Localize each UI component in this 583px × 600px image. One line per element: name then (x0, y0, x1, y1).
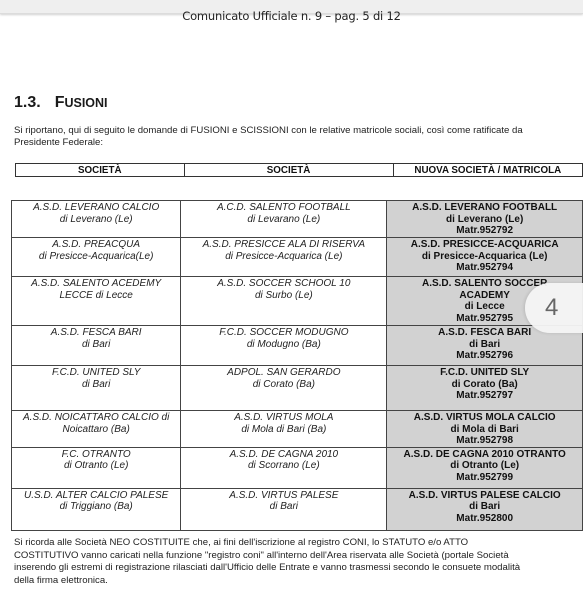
societa-1-cell: F.C. OTRANTOdi Otranto (Le) (12, 447, 181, 488)
cell-text-line: A.S.D. SALENTO ACEDEMY (12, 278, 180, 290)
cell-text-line: di Scorrano (Le) (181, 460, 386, 472)
societa-2-cell: A.S.D. DE CAGNA 2010di Scorrano (Le) (181, 447, 387, 488)
cell-text-line: F.C. OTRANTO (12, 449, 180, 461)
table-row: F.C. OTRANTOdi Otranto (Le)A.S.D. DE CAG… (12, 447, 583, 488)
societa-2-cell: F.C.D. SOCCER MODUGNOdi Modugno (Ba) (181, 326, 387, 366)
societa-1-cell: F.C.D. UNITED SLYdi Bari (12, 366, 181, 411)
cell-text-line: di Modugno (Ba) (181, 339, 386, 351)
cell-text-line: F.C.D. UNITED SLY (387, 367, 582, 379)
cell-text-line: A.S.D. PRESICCE ALA DI RISERVA (181, 239, 386, 251)
societa-1-cell: A.S.D. NOICATTARO CALCIO diNoicattaro (B… (12, 411, 181, 448)
societa-2-cell: A.S.D. PRESICCE ALA DI RISERVAdi Presicc… (181, 238, 387, 277)
section-title-initial: F (55, 94, 65, 111)
nuova-societa-cell: A.S.D. PRESICCE-ACQUARICAdi Presicce-Acq… (387, 238, 583, 277)
cell-text-line: di Otranto (Le) (387, 460, 582, 472)
cell-text-line: di Presicce-Acquarica (Le) (181, 251, 386, 263)
nuova-societa-cell: A.S.D. LEVERANO FOOTBALLdi Leverano (Le)… (387, 201, 583, 238)
cell-text-line: di Levarano (Le) (181, 214, 386, 226)
cell-text-line: A.C.D. SALENTO FOOTBALL (181, 202, 386, 214)
cell-text-line: A.S.D. SOCCER SCHOOL 10 (181, 278, 386, 290)
cell-text-line: A.S.D. VIRTUS PALESE (181, 490, 386, 502)
table-row: A.S.D. NOICATTARO CALCIO diNoicattaro (B… (12, 411, 583, 448)
cell-text-line: A.S.D. PREACQUA (12, 239, 180, 251)
section-number: 1.3. (14, 94, 41, 111)
societa-1-cell: A.S.D. LEVERANO CALCIOdi Leverano (Le) (12, 201, 181, 238)
societa-2-cell: ADPOL. SAN GERARDOdi Corato (Ba) (181, 366, 387, 411)
note-line: inserendo gli estremi di registrazione r… (14, 562, 583, 575)
intro-line: Presidente Federale: (14, 137, 583, 149)
societa-1-cell: U.S.D. ALTER CALCIO PALESEdi Triggiano (… (12, 488, 181, 530)
cell-text-line: Matr.952796 (387, 350, 582, 362)
section-title: 1.3.FUSIONI (14, 94, 108, 112)
cell-text-line: A.S.D. LEVERANO FOOTBALL (387, 202, 582, 214)
cell-text-line: di Mola di Bari (Ba) (181, 424, 386, 436)
cell-text-line: A.S.D. DE CAGNA 2010 (181, 449, 386, 461)
intro-line: Si riportano, qui di seguito le domande … (14, 125, 583, 137)
cell-text-line: di Bari (12, 379, 180, 391)
column-header-nuova-societa: NUOVA SOCIETÀ / MATRICOLA (393, 164, 582, 177)
table-row: A.S.D. FESCA BARIdi BariF.C.D. SOCCER MO… (12, 326, 583, 366)
societa-1-cell: A.S.D. SALENTO ACEDEMYLECCE di Lecce (12, 277, 181, 326)
cell-text-line: Matr.952792 (387, 225, 582, 237)
cell-text-line: di Presicce-Acquarica(Le) (12, 251, 180, 263)
cell-text-line: Matr.952794 (387, 262, 582, 274)
cell-text-line: U.S.D. ALTER CALCIO PALESE (12, 490, 180, 502)
nuova-societa-cell: A.S.D. DE CAGNA 2010 OTRANTOdi Otranto (… (387, 447, 583, 488)
column-header-societa-2: SOCIETÀ (184, 164, 393, 177)
nuova-societa-cell: A.S.D. VIRTUS MOLA CALCIOdi Mola di Bari… (387, 411, 583, 448)
note-paragraph: Si ricorda alle Società NEO COSTITUITE c… (14, 537, 583, 588)
column-header-societa-1: SOCIETÀ (16, 164, 185, 177)
cell-text-line: di Bari (12, 339, 180, 351)
cell-text-line: di Leverano (Le) (12, 214, 180, 226)
intro-paragraph: Si riportano, qui di seguito le domande … (14, 125, 583, 149)
cell-text-line: LECCE di Lecce (12, 290, 180, 302)
note-line: della firma elettronica. (14, 575, 583, 588)
cell-text-line: di Mola di Bari (387, 424, 582, 436)
note-line: Si ricorda alle Società NEO COSTITUITE c… (14, 537, 583, 550)
nuova-societa-cell: A.S.D. VIRTUS PALESE CALCIOdi BariMatr.9… (387, 488, 583, 530)
societa-2-cell: A.C.D. SALENTO FOOTBALLdi Levarano (Le) (181, 201, 387, 238)
table-row: A.S.D. LEVERANO CALCIOdi Leverano (Le)A.… (12, 201, 583, 238)
cell-text-line: A.S.D. LEVERANO CALCIO (12, 202, 180, 214)
page-indicator-badge[interactable]: 4 (525, 283, 583, 333)
cell-text-line: di Corato (Ba) (181, 379, 386, 391)
cell-text-line: di Triggiano (Ba) (12, 501, 180, 513)
table-row: A.S.D. SALENTO ACEDEMYLECCE di LecceA.S.… (12, 277, 583, 326)
fusioni-table: A.S.D. LEVERANO CALCIOdi Leverano (Le)A.… (11, 200, 583, 531)
cell-text-line: A.S.D. PRESICCE-ACQUARICA (387, 239, 582, 251)
cell-text-line: A.S.D. DE CAGNA 2010 OTRANTO (387, 449, 582, 461)
cell-text-line: di Surbo (Le) (181, 290, 386, 302)
cell-text-line: Noicattaro (Ba) (12, 424, 180, 436)
cell-text-line: Matr.952800 (387, 513, 582, 525)
table-row: F.C.D. UNITED SLYdi BariADPOL. SAN GERAR… (12, 366, 583, 411)
cell-text-line: A.S.D. VIRTUS MOLA CALCIO (387, 412, 582, 424)
cell-text-line: ADPOL. SAN GERARDO (181, 367, 386, 379)
page-header: Comunicato Ufficiale n. 9 – pag. 5 di 12 (0, 9, 583, 23)
cell-text-line: F.C.D. UNITED SLY (12, 367, 180, 379)
cell-text-line: di Presicce-Acquarica (Le) (387, 251, 582, 263)
header-table: SOCIETÀ SOCIETÀ NUOVA SOCIETÀ / MATRICOL… (15, 163, 583, 177)
nuova-societa-cell: F.C.D. UNITED SLYdi Corato (Ba)Matr.9527… (387, 366, 583, 411)
cell-text-line: A.S.D. VIRTUS MOLA (181, 412, 386, 424)
cell-text-line: di Bari (387, 339, 582, 351)
cell-text-line: A.S.D. VIRTUS PALESE CALCIO (387, 490, 582, 502)
societa-2-cell: A.S.D. SOCCER SCHOOL 10di Surbo (Le) (181, 277, 387, 326)
societa-1-cell: A.S.D. FESCA BARIdi Bari (12, 326, 181, 366)
cell-text-line: Matr.952798 (387, 435, 582, 447)
societa-2-cell: A.S.D. VIRTUS MOLAdi Mola di Bari (Ba) (181, 411, 387, 448)
table-row: U.S.D. ALTER CALCIO PALESEdi Triggiano (… (12, 488, 583, 530)
cell-text-line: Matr.952799 (387, 472, 582, 484)
cell-text-line: A.S.D. FESCA BARI (12, 327, 180, 339)
cell-text-line: di Corato (Ba) (387, 379, 582, 391)
societa-1-cell: A.S.D. PREACQUAdi Presicce-Acquarica(Le) (12, 238, 181, 277)
cell-text-line: Matr.952797 (387, 390, 582, 402)
section-title-rest: USIONI (64, 96, 107, 110)
cell-text-line: di Otranto (Le) (12, 460, 180, 472)
cell-text-line: di Leverano (Le) (387, 214, 582, 226)
table-row: A.S.D. PREACQUAdi Presicce-Acquarica(Le)… (12, 238, 583, 277)
societa-2-cell: A.S.D. VIRTUS PALESEdi Bari (181, 488, 387, 530)
cell-text-line: F.C.D. SOCCER MODUGNO (181, 327, 386, 339)
cell-text-line: A.S.D. NOICATTARO CALCIO di (12, 412, 180, 424)
cell-text-line: di Bari (181, 501, 386, 513)
cell-text-line: di Bari (387, 501, 582, 513)
note-line: COSTITUTIVO vanno caricati nella funzion… (14, 550, 583, 563)
